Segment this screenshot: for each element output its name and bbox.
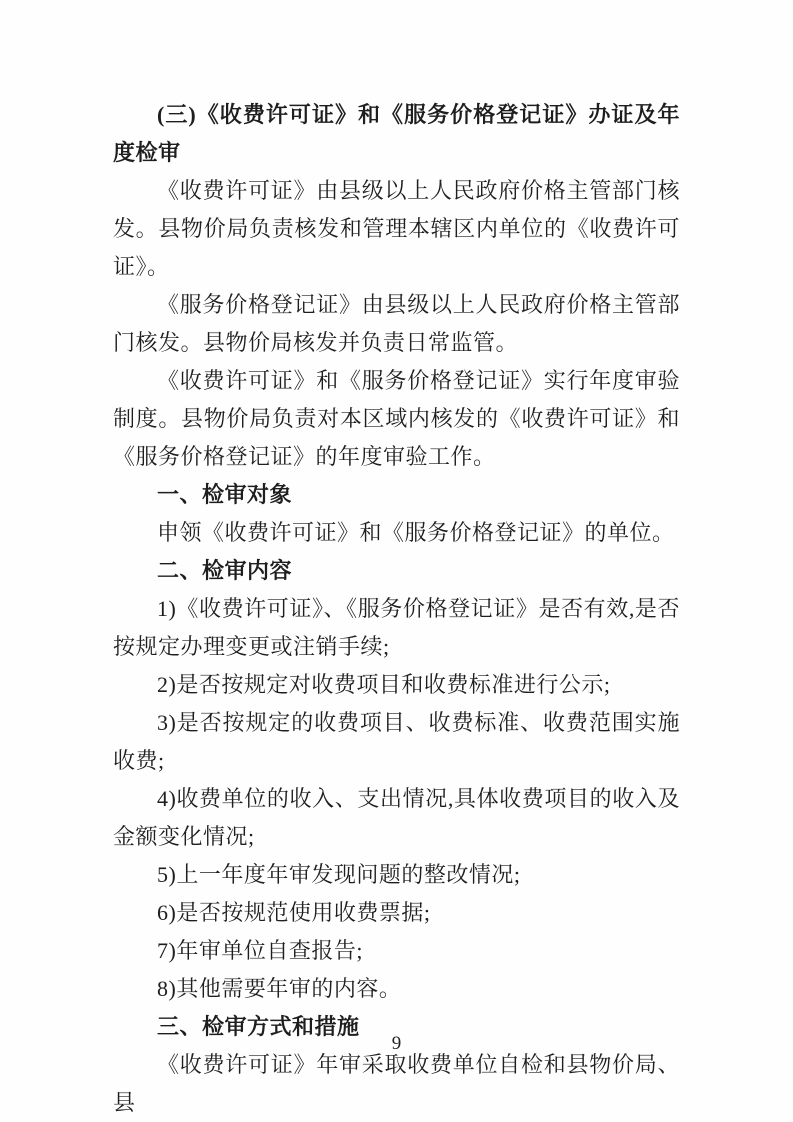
document-content: (三)《收费许可证》和《服务价格登记证》办证及年度检审 《收费许可证》由县级以上… [113, 96, 680, 1122]
intro-paragraph-service-price-cert: 《服务价格登记证》由县级以上人民政府价格主管部门核发。县物价局核发并负责日常监管… [113, 286, 680, 362]
heading-review-content: 二、检审内容 [113, 552, 680, 590]
list-item-4: 4)收费单位的收入、支出情况,具体收费项目的收入及金额变化情况; [113, 780, 680, 856]
heading-review-targets: 一、检审对象 [113, 476, 680, 514]
page-number: 9 [392, 1033, 402, 1054]
intro-paragraph-annual-review: 《收费许可证》和《服务价格登记证》实行年度审验制度。县物价局负责对本区域内核发的… [113, 362, 680, 476]
document-page: (三)《收费许可证》和《服务价格登记证》办证及年度检审 《收费许可证》由县级以上… [0, 0, 793, 1122]
section-heading: (三)《收费许可证》和《服务价格登记证》办证及年度检审 [113, 96, 680, 172]
list-item-6: 6)是否按规范使用收费票据; [113, 894, 680, 932]
list-item-7: 7)年审单位自查报告; [113, 932, 680, 970]
list-item-8: 8)其他需要年审的内容。 [113, 970, 680, 1008]
paragraph-review-targets: 申领《收费许可证》和《服务价格登记证》的单位。 [113, 514, 680, 552]
list-item-1: 1)《收费许可证》、《服务价格登记证》是否有效,是否按规定办理变更或注销手续; [113, 590, 680, 666]
intro-paragraph-fee-permit: 《收费许可证》由县级以上人民政府价格主管部门核发。县物价局负责核发和管理本辖区内… [113, 172, 680, 286]
list-item-2: 2)是否按规定对收费项目和收费标准进行公示; [113, 666, 680, 704]
list-item-5: 5)上一年度年审发现问题的整改情况; [113, 856, 680, 894]
list-item-3: 3)是否按规定的收费项目、收费标准、收费范围实施收费; [113, 704, 680, 780]
page-footer: 9 [0, 1030, 793, 1058]
